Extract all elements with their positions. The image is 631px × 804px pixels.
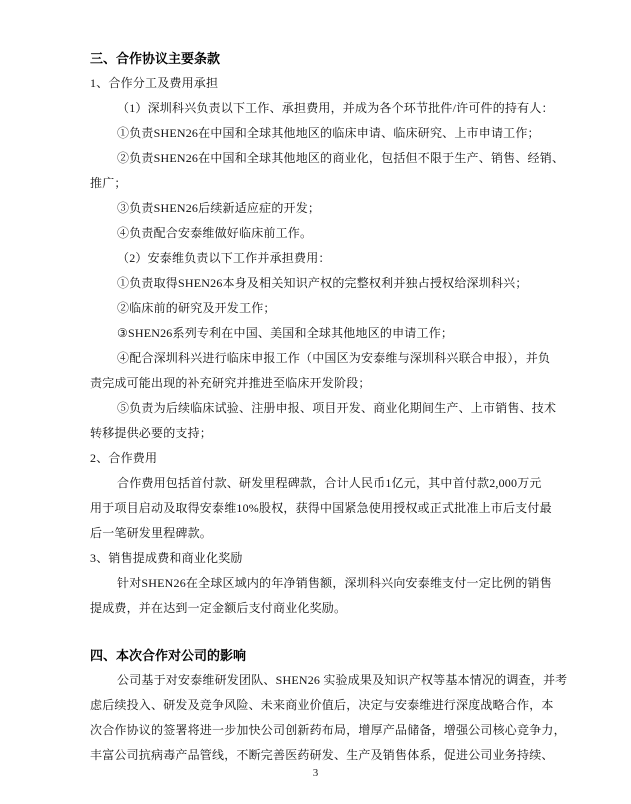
text-line: ③SHEN26系列专利在中国、美国和全球其他地区的申请工作； [90,321,542,346]
page-number: 3 [0,767,631,779]
text-line: （2）安泰维负责以下工作并承担费用： [90,246,542,271]
text-line: ⑤负责为后续临床试验、注册申报、项目开发、商业化期间生产、上市销售、技术 [90,396,542,421]
text-line: （1）深圳科兴负责以下工作、承担费用，并成为各个环节批件/许可件的持有人： [90,96,542,121]
text-line: ①负责取得SHEN26本身及相关知识产权的完整权利并独占授权给深圳科兴； [90,271,542,296]
document-content: 三、合作协议主要条款 1、合作分工及费用承担 （1）深圳科兴负责以下工作、承担费… [90,46,542,768]
text-line: 合作费用包括首付款、研发里程碑款，合计人民币1亿元，其中首付款2,000万元 [90,471,542,496]
text-line: 转移提供必要的支持； [90,421,542,446]
document-page: 三、合作协议主要条款 1、合作分工及费用承担 （1）深圳科兴负责以下工作、承担费… [0,0,631,804]
text-line: 后一笔研发里程碑款。 [90,521,542,546]
section3-heading: 三、合作协议主要条款 [90,46,542,71]
text-line: 针对SHEN26在全球区域内的年净销售额，深圳科兴向安泰维支付一定比例的销售 [90,571,542,596]
section4-heading: 四、本次合作对公司的影响 [90,643,542,668]
text-line: 用于项目启动及取得安泰维10%股权，获得中国紧急使用授权或正式批准上市后支付最 [90,496,542,521]
text-line: ④负责配合安泰维做好临床前工作。 [90,221,542,246]
text-line: 2、合作费用 [90,446,542,471]
text-line: ②负责SHEN26在中国和全球其他地区的商业化，包括但不限于生产、销售、经销、 [90,146,542,171]
text-line: 3、销售提成费和商业化奖励 [90,546,542,571]
text-line: 虑后续投入、研发及竞争风险、未来商业价值后，决定与安泰维进行深度战略合作，本 [90,693,542,718]
text-line: 1、合作分工及费用承担 [90,71,542,96]
text-line: 责完成可能出现的补充研究并推进至临床开发阶段； [90,371,542,396]
text-line: 丰富公司抗病毒产品管线，不断完善医药研发、生产及销售体系，促进公司业务持续、 [90,743,542,768]
text-line: ①负责SHEN26在中国和全球其他地区的临床申请、临床研究、上市申请工作； [90,121,542,146]
text-line: ④配合深圳科兴进行临床申报工作（中国区为安泰维与深圳科兴联合申报），并负 [90,346,542,371]
text-line: ②临床前的研究及开发工作； [90,296,542,321]
text-line: 推广； [90,171,542,196]
text-line: ③负责SHEN26后续新适应症的开发； [90,196,542,221]
text-line: 公司基于对安泰维研发团队、SHEN26 实验成果及知识产权等基本情况的调查，并考 [90,668,542,693]
text-line: 提成费，并在达到一定金额后支付商业化奖励。 [90,596,542,621]
text-line: 次合作协议的签署将进一步加快公司创新药布局，增厚产品储备，增强公司核心竞争力， [90,718,542,743]
